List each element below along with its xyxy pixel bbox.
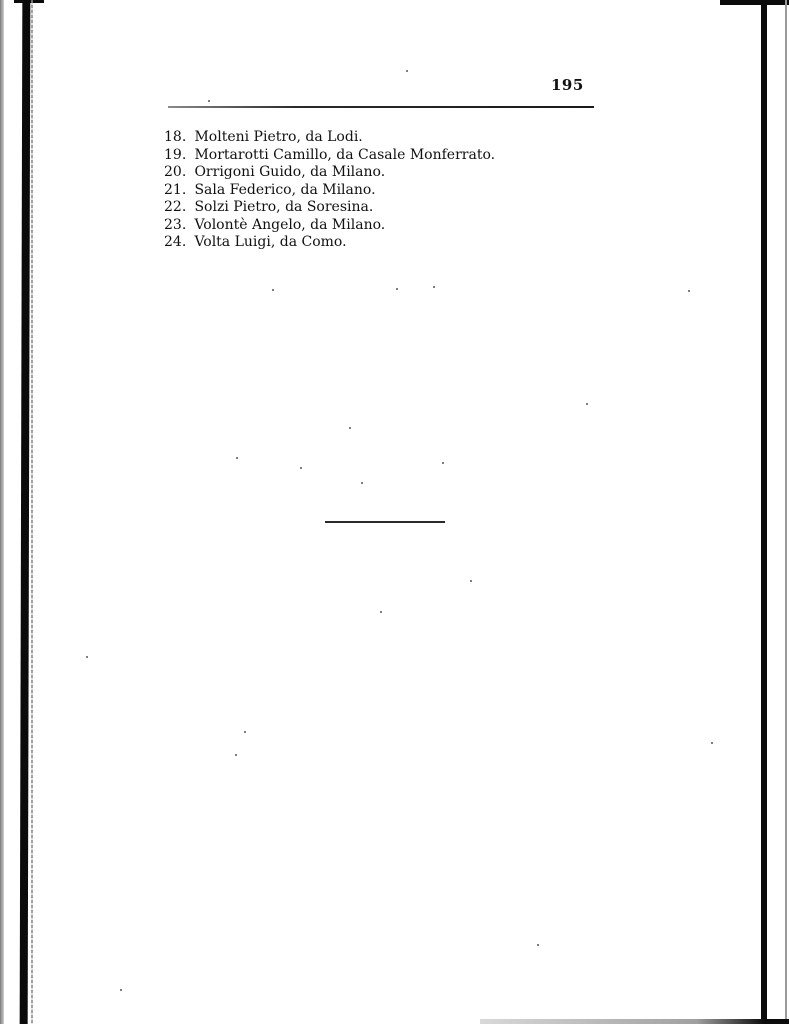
list-item-text: Volontè Angelo, da Milano.: [194, 217, 385, 233]
scan-speck: [236, 457, 238, 459]
scan-speck: [537, 944, 539, 946]
list-item-text: Volta Luigi, da Como.: [194, 234, 346, 250]
list-item-number: 21.: [164, 182, 190, 200]
list-item-number: 24.: [164, 234, 190, 252]
scan-speck: [208, 100, 210, 102]
scan-edge-right: [785, 0, 787, 1024]
scan-speck: [470, 580, 472, 582]
scan-edge-bottom: [480, 1019, 789, 1024]
list-item-text: Sala Federico, da Milano.: [194, 182, 375, 198]
scan-speck: [235, 754, 237, 756]
scan-speck: [433, 286, 435, 288]
list-item-number: 22.: [164, 199, 190, 217]
scan-speck: [406, 70, 408, 72]
scan-speck: [586, 403, 588, 405]
scan-speck: [711, 742, 713, 744]
list-item-number: 20.: [164, 164, 190, 182]
scan-speck: [244, 731, 246, 733]
scan-speck: [120, 989, 122, 991]
scan-edge-left: [0, 0, 4, 1024]
scan-speck: [396, 288, 398, 290]
list-item-number: 19.: [164, 147, 190, 165]
list-item-text: Orrigoni Guido, da Milano.: [194, 164, 385, 180]
binding-line-left: [20, 0, 31, 1024]
list-item-text: Solzi Pietro, da Soresina.: [194, 199, 373, 215]
scan-speck: [272, 289, 274, 291]
list-item-number: 23.: [164, 217, 190, 235]
list-item: 24. Volta Luigi, da Como.: [164, 234, 495, 252]
scan-speck: [349, 427, 351, 429]
list-item: 23. Volontè Angelo, da Milano.: [164, 217, 495, 235]
binding-line-left-thin: [31, 0, 33, 1024]
scan-speck: [688, 290, 690, 292]
page-edge-line-right: [761, 0, 767, 1020]
list-item: 22. Solzi Pietro, da Soresina.: [164, 199, 495, 217]
scan-speck: [442, 462, 444, 464]
list-item: 20. Orrigoni Guido, da Milano.: [164, 164, 495, 182]
scan-speck: [380, 611, 382, 613]
list-item-text: Molteni Pietro, da Lodi.: [194, 129, 362, 145]
list-item: 21. Sala Federico, da Milano.: [164, 182, 495, 200]
section-end-rule: [325, 521, 445, 523]
name-list: 18. Molteni Pietro, da Lodi. 19. Mortaro…: [164, 129, 495, 252]
list-item: 18. Molteni Pietro, da Lodi.: [164, 129, 495, 147]
scan-speck: [86, 656, 88, 658]
scan-edge-top-right: [720, 0, 789, 5]
binding-notch-mark: [22, 826, 28, 836]
list-item-text: Mortarotti Camillo, da Casale Monferrato…: [194, 147, 495, 163]
scan-speck: [361, 482, 363, 484]
scan-speck: [300, 467, 302, 469]
header-rule: [168, 106, 594, 108]
list-item: 19. Mortarotti Camillo, da Casale Monfer…: [164, 147, 495, 165]
page-number: 195: [551, 76, 584, 94]
list-item-number: 18.: [164, 129, 190, 147]
